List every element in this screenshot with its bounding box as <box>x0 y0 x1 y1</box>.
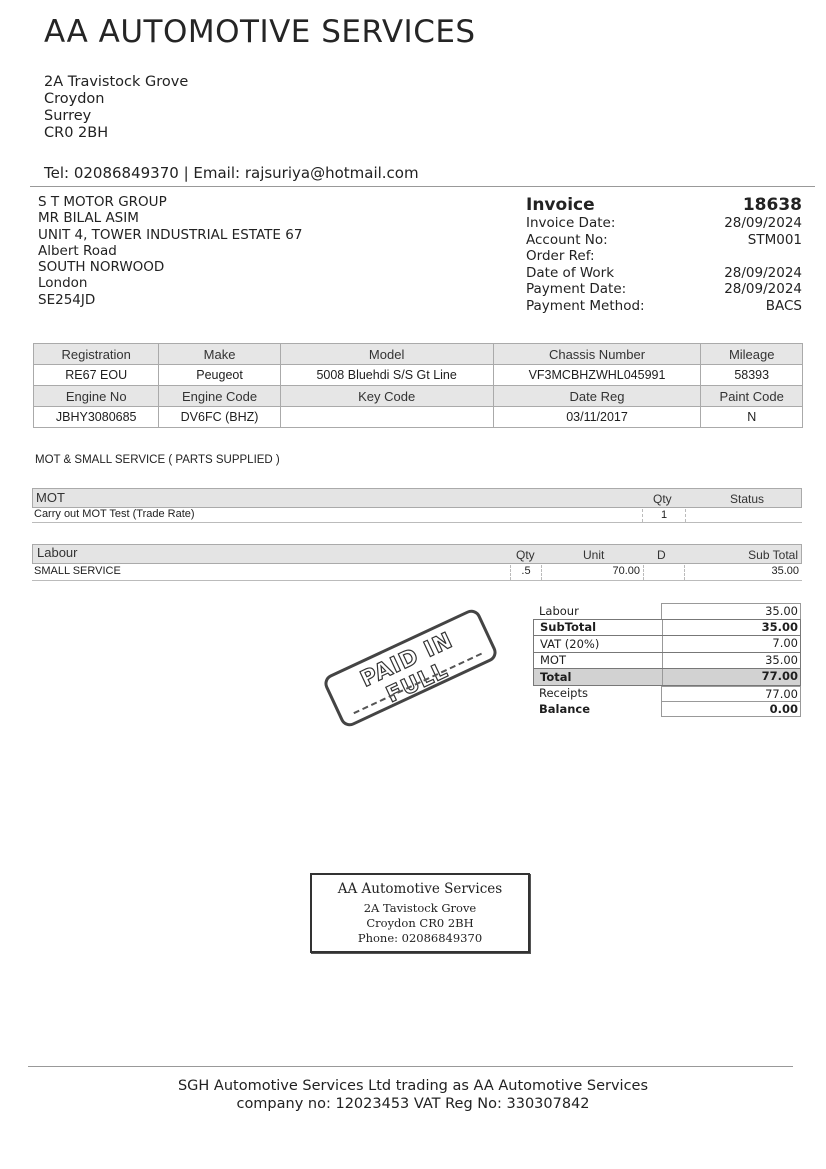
labour-section: Labour Qty Unit D Sub Total SMALL SERVIC… <box>32 544 802 581</box>
chassis-value: VF3MCBHZWHL045991 <box>493 365 701 386</box>
mot-line-item: Carry out MOT Test (Trade Rate) 1 <box>32 508 802 523</box>
col-header: Paint Code <box>701 386 803 407</box>
field-label: Payment Method: <box>526 298 645 315</box>
invoice-field: Payment Method:BACS <box>526 298 802 315</box>
job-title: MOT & SMALL SERVICE ( PARTS SUPPLIED ) <box>35 454 280 466</box>
key-code-value <box>280 407 493 428</box>
field-value: 28/09/2024 <box>724 281 802 298</box>
field-value: STM001 <box>748 232 802 249</box>
item-description: Carry out MOT Test (Trade Rate) <box>34 508 195 520</box>
paid-in-full-stamp: PAID IN FULL <box>321 606 500 729</box>
vehicle-value-row: RE67 EOU Peugeot 5008 Bluehdi S/S Gt Lin… <box>34 365 803 386</box>
invoice-field: Date of Work28/09/2024 <box>526 265 802 282</box>
col-header: Mileage <box>701 344 803 365</box>
mot-section: MOT Qty Status Carry out MOT Test (Trade… <box>32 488 802 523</box>
stamp-company-name: AA Automotive Services <box>312 881 528 897</box>
field-value: 28/09/2024 <box>724 215 802 232</box>
make-value: Peugeot <box>159 365 280 386</box>
col-header: Engine Code <box>159 386 280 407</box>
totals-row-subtotal: SubTotal35.00 <box>533 619 801 636</box>
vehicle-header-row: Registration Make Model Chassis Number M… <box>34 344 803 365</box>
col-header: Key Code <box>280 386 493 407</box>
item-qty: 1 <box>642 509 686 522</box>
unit-header: Unit <box>583 548 604 562</box>
invoice-number: 18638 <box>743 195 802 215</box>
labour-header: Labour <box>37 545 77 560</box>
field-label: Payment Date: <box>526 281 626 298</box>
engine-no-value: JBHY3080685 <box>34 407 159 428</box>
customer-line: UNIT 4, TOWER INDUSTRIAL ESTATE 67 <box>38 227 302 243</box>
labour-line-item: SMALL SERVICE .5 70.00 35.00 <box>32 564 802 581</box>
stamp-line: Phone: 02086849370 <box>312 931 528 946</box>
paint-code-value: N <box>701 407 803 428</box>
customer-line: London <box>38 275 302 291</box>
customer-line: SE254JD <box>38 292 302 308</box>
field-label: Date of Work <box>526 265 614 282</box>
stamp-line: 2A Tavistock Grove <box>312 901 528 916</box>
vehicle-header-row: Engine No Engine Code Key Code Date Reg … <box>34 386 803 407</box>
registration-value: RE67 EOU <box>34 365 159 386</box>
invoice-field: Order Ref: <box>526 248 802 265</box>
invoice-title: Invoice <box>526 195 595 215</box>
col-header: Chassis Number <box>493 344 701 365</box>
company-address: 2A Travistock Grove Croydon Surrey CR0 2… <box>44 74 188 142</box>
col-header: Date Reg <box>493 386 701 407</box>
customer-line: MR BILAL ASIM <box>38 210 302 226</box>
item-discount <box>643 565 685 580</box>
qty-header: Qty <box>653 492 672 506</box>
invoice-field: Invoice Date:28/09/2024 <box>526 215 802 232</box>
footer: SGH Automotive Services Ltd trading as A… <box>0 1077 826 1113</box>
address-line: Croydon <box>44 91 188 108</box>
field-label: Order Ref: <box>526 248 595 265</box>
divider <box>30 186 815 187</box>
customer-line: SOUTH NORWOOD <box>38 259 302 275</box>
subtotal-header: Sub Total <box>748 548 798 562</box>
stamp-line: Croydon CR0 2BH <box>312 916 528 931</box>
qty-header: Qty <box>516 548 535 562</box>
field-value: 28/09/2024 <box>724 265 802 282</box>
totals-row-total: Total77.00 <box>533 668 801 686</box>
customer-address: S T MOTOR GROUP MR BILAL ASIM UNIT 4, TO… <box>38 194 302 308</box>
mileage-value: 58393 <box>701 365 803 386</box>
totals-row-balance: Balance0.00 <box>533 701 801 717</box>
address-line: Surrey <box>44 108 188 125</box>
d-header: D <box>657 548 666 562</box>
address-line: 2A Travistock Grove <box>44 74 188 91</box>
address-stamp: AA Automotive Services 2A Tavistock Grov… <box>310 873 530 953</box>
vehicle-table: Registration Make Model Chassis Number M… <box>33 343 803 428</box>
address-line: CR0 2BH <box>44 125 188 142</box>
item-qty: .5 <box>510 565 542 580</box>
model-value: 5008 Bluehdi S/S Gt Line <box>280 365 493 386</box>
col-header: Make <box>159 344 280 365</box>
field-label: Account No: <box>526 232 608 249</box>
totals-row-vat: VAT (20%)7.00 <box>533 635 801 652</box>
totals-table: Labour35.00 SubTotal35.00 VAT (20%)7.00 … <box>533 603 801 717</box>
customer-line: S T MOTOR GROUP <box>38 194 302 210</box>
invoice-field: Account No:STM001 <box>526 232 802 249</box>
col-header: Model <box>280 344 493 365</box>
item-description: SMALL SERVICE <box>34 565 121 577</box>
mot-header: MOT <box>36 490 65 505</box>
totals-row-labour: Labour35.00 <box>533 603 801 619</box>
footer-line: company no: 12023453 VAT Reg No: 3303078… <box>0 1095 826 1113</box>
status-header: Status <box>730 492 764 506</box>
col-header: Registration <box>34 344 159 365</box>
customer-line: Albert Road <box>38 243 302 259</box>
footer-divider <box>28 1066 793 1067</box>
date-reg-value: 03/11/2017 <box>493 407 701 428</box>
field-label: Invoice Date: <box>526 215 615 232</box>
engine-code-value: DV6FC (BHZ) <box>159 407 280 428</box>
company-name: AA AUTOMOTIVE SERVICES <box>44 14 476 50</box>
field-value: BACS <box>766 298 802 315</box>
company-contact: Tel: 02086849370 | Email: rajsuriya@hotm… <box>44 164 419 182</box>
vehicle-value-row: JBHY3080685 DV6FC (BHZ) 03/11/2017 N <box>34 407 803 428</box>
item-subtotal: 35.00 <box>771 565 799 577</box>
col-header: Engine No <box>34 386 159 407</box>
invoice-details: Invoice 18638 Invoice Date:28/09/2024 Ac… <box>526 195 802 315</box>
invoice-field: Payment Date:28/09/2024 <box>526 281 802 298</box>
item-unit: 70.00 <box>540 565 640 577</box>
totals-row-mot: MOT35.00 <box>533 652 801 669</box>
footer-line: SGH Automotive Services Ltd trading as A… <box>0 1077 826 1095</box>
totals-row-receipts: Receipts77.00 <box>533 686 801 702</box>
